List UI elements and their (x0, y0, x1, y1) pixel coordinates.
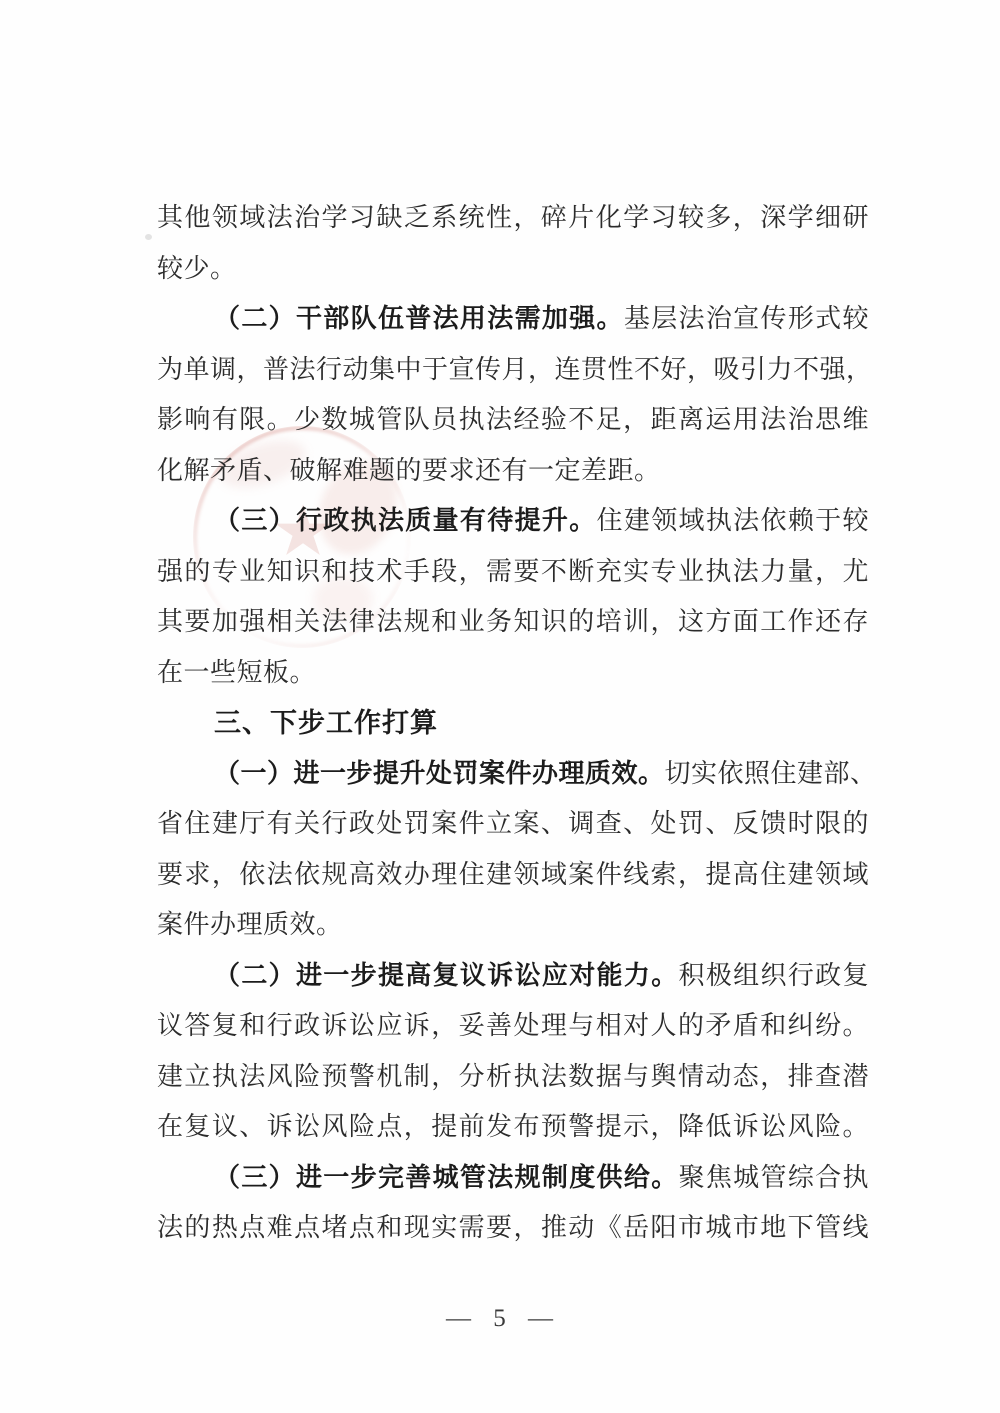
bold-run: （一）进一步提升处罚案件办理质效。 (214, 759, 665, 788)
text-line: 其他领域法治学习缺乏系统性，碎片化学习较多，深学细研 (157, 193, 869, 244)
text-run: 省住建厅有关行政处罚案件立案、调查、处罚、反馈时限的 (157, 809, 869, 838)
text-line: 为单调，普法行动集中于宣传月，连贯性不好，吸引力不强， (157, 345, 869, 396)
text-run: 案件办理质效。 (157, 910, 343, 939)
text-run: 强的专业知识和技术手段，需要不断充实专业执法力量，尤 (157, 557, 869, 586)
text-run: 基层法治宣传形式较 (624, 304, 869, 333)
text-run: 要求，依法依规高效办理住建领域案件线索，提高住建领域 (157, 860, 869, 889)
text-run: 法的热点难点堵点和现实需要，推动《岳阳市城市地下管线 (157, 1213, 869, 1242)
text-run: 切实依照住建部、 (665, 759, 877, 788)
text-line: 在复议、诉讼风险点，提前发布预警提示，降低诉讼风险。 (157, 1102, 869, 1153)
text-line: 影响有限。少数城管队员执法经验不足，距离运用法治思维 (157, 395, 869, 446)
text-line: 建立执法风险预警机制，分析执法数据与舆情动态，排查潜 (157, 1052, 869, 1103)
text-line: （一）进一步提升处罚案件办理质效。切实依照住建部、 (157, 749, 869, 800)
text-line: 议答复和行政诉讼应诉，妥善处理与相对人的矛盾和纠纷。 (157, 1001, 869, 1052)
text-run: 为单调，普法行动集中于宣传月，连贯性不好，吸引力不强， (157, 355, 873, 384)
bold-run: 三、下步工作打算 (214, 708, 438, 738)
text-line: 要求，依法依规高效办理住建领域案件线索，提高住建领域 (157, 850, 869, 901)
text-line: 在一些短板。 (157, 648, 869, 699)
text-line: 省住建厅有关行政处罚案件立案、调查、处罚、反馈时限的 (157, 799, 869, 850)
text-line: （二）干部队伍普法用法需加强。基层法治宣传形式较 (157, 294, 869, 345)
text-run: 住建领域执法依赖于较 (597, 506, 869, 535)
document-page: 其他领域法治学习缺乏系统性，碎片化学习较多，深学细研 较少。 （二）干部队伍普法… (0, 0, 1000, 1413)
text-run: 较少。 (157, 254, 237, 283)
text-line: 强的专业知识和技术手段，需要不断充实专业执法力量，尤 (157, 547, 869, 598)
text-run: 议答复和行政诉讼应诉，妥善处理与相对人的矛盾和纠纷。 (157, 1011, 869, 1040)
section-heading: 三、下步工作打算 (157, 698, 869, 749)
text-run: 在复议、诉讼风险点，提前发布预警提示，降低诉讼风险。 (157, 1112, 869, 1141)
text-run: 其他领域法治学习缺乏系统性，碎片化学习较多，深学细研 (157, 203, 869, 232)
bold-run: （三）行政执法质量有待提升。 (214, 506, 597, 535)
document-body: 其他领域法治学习缺乏系统性，碎片化学习较多，深学细研 较少。 （二）干部队伍普法… (157, 193, 869, 1254)
text-run: 积极组织行政复 (679, 961, 869, 990)
text-line: （三）行政执法质量有待提升。住建领域执法依赖于较 (157, 496, 869, 547)
scan-speck (145, 234, 152, 240)
text-line: 法的热点难点堵点和现实需要，推动《岳阳市城市地下管线 (157, 1203, 869, 1254)
text-run: 聚焦城管综合执 (679, 1163, 869, 1192)
text-run: 其要加强相关法律法规和业务知识的培训，这方面工作还存 (157, 607, 869, 636)
page-number: — 5 — (0, 1305, 1000, 1333)
bold-run: （二）干部队伍普法用法需加强。 (214, 304, 624, 333)
text-run: 在一些短板。 (157, 658, 316, 687)
text-line: 化解矛盾、破解难题的要求还有一定差距。 (157, 446, 869, 497)
text-line: （三）进一步完善城管法规制度供给。聚焦城管综合执 (157, 1153, 869, 1204)
text-run: 化解矛盾、破解难题的要求还有一定差距。 (157, 456, 661, 485)
text-line: （二）进一步提高复议诉讼应对能力。积极组织行政复 (157, 951, 869, 1002)
text-run: 建立执法风险预警机制，分析执法数据与舆情动态，排查潜 (157, 1062, 869, 1091)
bold-run: （三）进一步完善城管法规制度供给。 (214, 1163, 679, 1192)
bold-run: （二）进一步提高复议诉讼应对能力。 (214, 961, 679, 990)
text-line: 案件办理质效。 (157, 900, 869, 951)
text-line: 其要加强相关法律法规和业务知识的培训，这方面工作还存 (157, 597, 869, 648)
text-run: 影响有限。少数城管队员执法经验不足，距离运用法治思维 (157, 405, 869, 434)
text-line: 较少。 (157, 244, 869, 295)
